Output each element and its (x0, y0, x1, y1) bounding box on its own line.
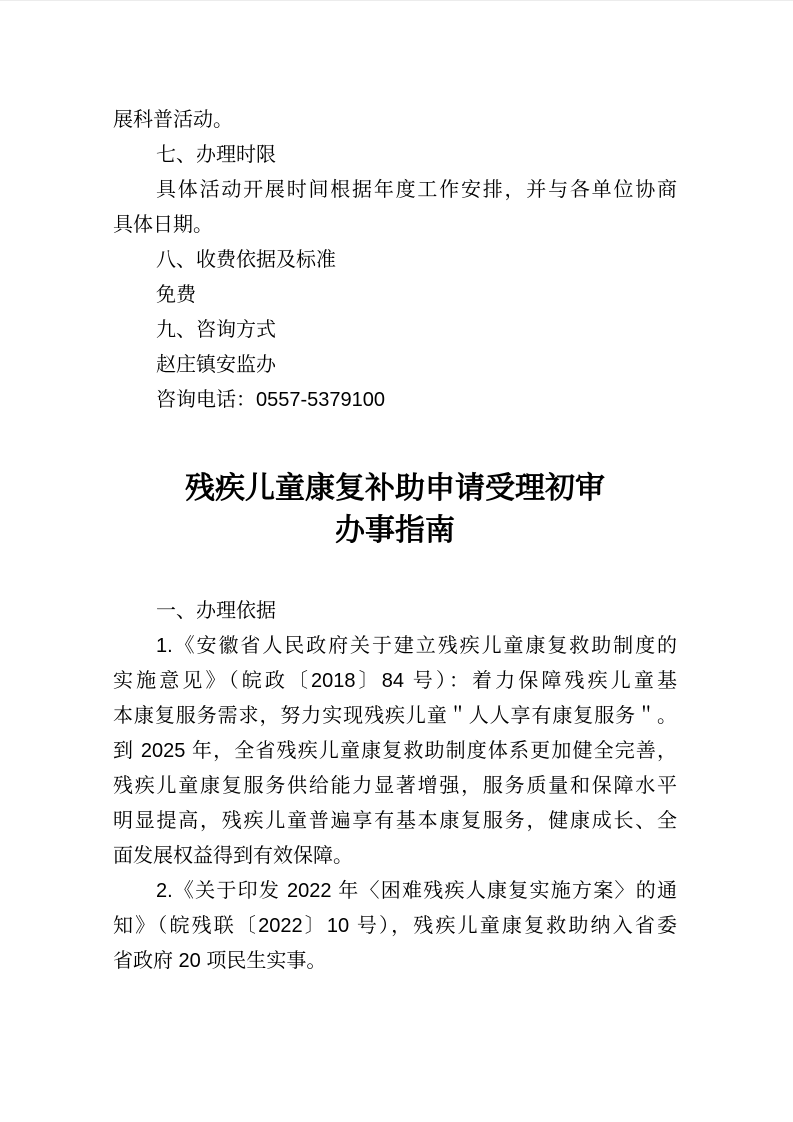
continuation-text-line: 展科普活动。 (113, 103, 677, 138)
para2-line1: 2.《关于印发 2022 年〈困难残疾人康复实施方案〉的通 (113, 874, 677, 909)
para2-line3: 省政府 20 项民生实事。 (113, 944, 677, 979)
heading-time-limit: 七、办理时限 (113, 138, 677, 173)
para1-line6: 明显提高，残疾儿童普遍享有基本康复服务，健康成长、全 (113, 804, 677, 839)
text-consult-office: 赵庄镇安监办 (113, 348, 677, 383)
document-page: 展科普活动。 七、办理时限 具体活动开展时间根据年度工作安排，并与各单位协商 具… (0, 0, 793, 1122)
para-activity-schedule: 具体活动开展时间根据年度工作安排，并与各单位协商 (113, 173, 677, 208)
heading-handling-basis: 一、办理依据 (113, 594, 677, 629)
document-title-line1: 残疾儿童康复补助申请受理初审 (113, 468, 677, 510)
continuation-date-line: 具体日期。 (113, 208, 677, 243)
document-title-line2: 办事指南 (113, 510, 677, 552)
heading-fee-basis: 八、收费依据及标准 (113, 243, 677, 278)
para1-line2: 实施意见》（皖政〔2018〕84 号）：着力保障残疾儿童基 (113, 664, 677, 699)
para1-line7: 面发展权益得到有效保障。 (113, 839, 677, 874)
para1-line4: 到 2025 年，全省残疾儿童康复救助制度体系更加健全完善， (113, 734, 677, 769)
document-content: 展科普活动。 七、办理时限 具体活动开展时间根据年度工作安排，并与各单位协商 具… (113, 0, 677, 979)
para1-line3: 本康复服务需求，努力实现残疾儿童＂人人享有康复服务＂。 (113, 699, 677, 734)
heading-consult-method: 九、咨询方式 (113, 313, 677, 348)
document-title: 残疾儿童康复补助申请受理初审 办事指南 (113, 468, 677, 552)
para1-line5: 残疾儿童康复服务供给能力显著增强，服务质量和保障水平 (113, 769, 677, 804)
para1-line1: 1.《安徽省人民政府关于建立残疾儿童康复救助制度的 (113, 629, 677, 664)
text-free: 免费 (113, 278, 677, 313)
para2-line2: 知》（皖残联〔2022〕10 号），残疾儿童康复救助纳入省委 (113, 909, 677, 944)
text-consult-phone: 咨询电话：0557-5379100 (113, 383, 677, 418)
